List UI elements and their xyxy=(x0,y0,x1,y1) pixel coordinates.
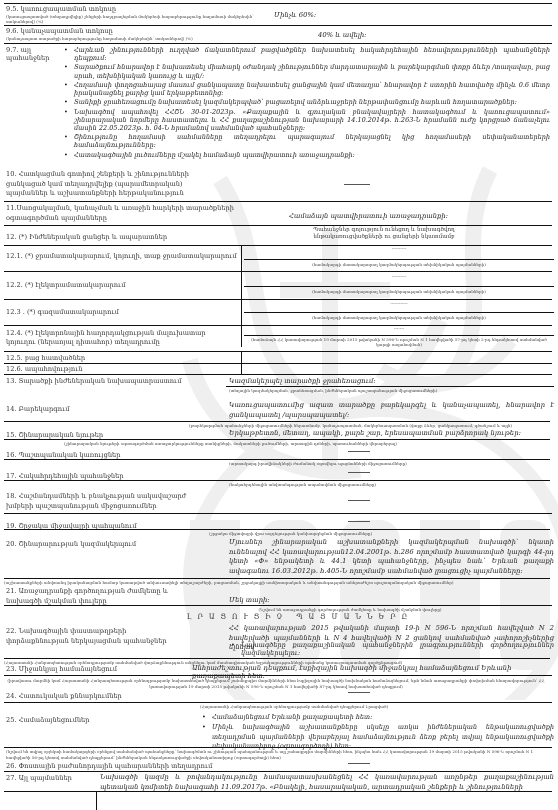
section-title-supplementary-conditions: ԼՐԱՑՈՒՑԻՉ ՊԱՅՄԱՆՆԵՐԸ xyxy=(100,613,500,622)
row-12-1-fill-line xyxy=(244,259,554,260)
bullet-item: Հողամասի փողոցահայաց մասում ցանկապատը նա… xyxy=(62,81,550,97)
row-26-label: 26. Փոստային բաժանորդային պահարանների տե… xyxy=(6,762,212,770)
row-11-value: Համաձայն պատվիրատուի առաջադրանքի: xyxy=(289,212,448,220)
row-14-note: (բարեկարգման պահանջների միջոցառումների ն… xyxy=(189,423,554,428)
row-27-value: Նախագծի կազմը և բովանդակությունը համապատ… xyxy=(100,773,554,792)
row-12-4-value: ------- xyxy=(244,327,554,332)
row-12-6: 12.6. ապահովություն xyxy=(4,364,552,375)
row-9-7-bullet-list: Հարևան շինությունների ուղղված ճակատներու… xyxy=(62,46,550,160)
row-12-3-note: (համակարգի մատակարարող կազմակերպության տ… xyxy=(244,315,554,320)
row-12-3-value: ------------ xyxy=(244,302,554,307)
row-12-1-value: ---------- xyxy=(244,247,554,252)
column-divider xyxy=(241,364,242,375)
row-27-label: 27. Այլ պայմաններ xyxy=(6,774,72,782)
row-9-6-sublabel: (կանաչապատ տարածքի հարաբերությունը հողամ… xyxy=(6,36,266,41)
row-12-3-label: 12.3 . (*) գազամատակարարում xyxy=(6,308,119,316)
row-12-3: 12.3 . (*) գազամատակարարում ------------… xyxy=(4,300,552,326)
row-20-note: (աշխատանքների անվտանգ իրականացման համար … xyxy=(4,580,550,585)
row-12-1: 12.1. (*) ջրամատակարարում, կոյուղի, տաք … xyxy=(4,246,552,272)
row-13: 13. Տարածքի ինժեներական նախապատրաստում Կ… xyxy=(4,375,552,399)
row-20-divider xyxy=(4,578,550,579)
row-23-note: (իրավասու մարմնի կամ Հայաստանի Հանրապետո… xyxy=(6,678,546,689)
row-22-bullet-list: Նախագծերը քաղաքաշինական պահանջներին լրագ… xyxy=(229,641,554,658)
row-15-note: (շինարարական նյութերի օգտագործման առաջար… xyxy=(64,441,544,446)
column-divider xyxy=(241,352,242,364)
row-12-6-label: 12.6. ապահովություն xyxy=(6,365,83,373)
row-17-note: (հակահրդեհային անվտանգության ապահովման մ… xyxy=(229,482,549,487)
row-12-3-fill-line xyxy=(244,312,554,313)
row-9-7: 9.7. այլ պահանջներ Հարևան շինությունների… xyxy=(4,44,552,168)
row-12-4-note: (համաձայն ՀՀ կառավարության 19 մարտի 2015… xyxy=(249,337,549,347)
column-divider xyxy=(96,792,97,810)
row-12-1-label: 12.1. (*) ջրամատակարարում, կոյուղի, տաք … xyxy=(6,252,237,260)
row-12-2-label: 12.2. (*) էլեկտրամատակարարում xyxy=(6,281,125,289)
row-24-label: 24. Հատուկական քննարկումներ xyxy=(6,692,122,700)
row-12-2-note: (համակարգի մատակարարող կազմակերպության տ… xyxy=(244,289,554,294)
row-9-5-value: Մինչև 60%: xyxy=(274,11,316,19)
row-14: 14. Բարեկարգում Կառուցապատումից ազատ տար… xyxy=(4,399,552,429)
row-22-label: 22. Նախագծային փաստաթղթերի փորձաքննությա… xyxy=(6,627,191,646)
row-17: 17. Հակահրդեհային պահանջներ (հակահրդեհայ… xyxy=(4,468,552,488)
bullet-item: Նախագծերը քաղաքաշինական պահանջներին լրագ… xyxy=(229,641,554,657)
row-21-label: 21. Առաջադրանքի գործողության ժամկետը և ն… xyxy=(6,587,176,606)
bullet-item: Տարածքում հնարավոր է նախատեսել միահարկ օ… xyxy=(62,63,550,79)
row-23-label: 23. Միջանկյալ համաձայնեցում xyxy=(6,665,117,673)
row-12-5: 12.5. բաց հատվածներ xyxy=(4,352,552,364)
bullet-item: Շինությունը հողամասի սահմանները տեղադրել… xyxy=(62,133,550,149)
row-9-5-sublabel: (կառուցապատված (տեղադրվելիք) շենքերի հող… xyxy=(6,14,256,24)
row-11: 11.Սառցակալման, կանաչման և առաջին հարկեր… xyxy=(4,202,552,226)
row-12-4-label: 12.4. (*) էլեկտրոնային հաղորդակցության մ… xyxy=(6,329,206,347)
row-21-note: (Նշվում են առաջադրանքի գործողության ժամկ… xyxy=(150,607,550,612)
row-14-label: 14. Բարեկարգում xyxy=(6,405,70,413)
row-20: 20. Շինարարության կազմակերպում Մյուսներ … xyxy=(4,536,552,586)
row-13-note: (տեղային կազմակերպման, ջրահեռացման, ինժե… xyxy=(229,388,554,393)
row-17-empty-dash xyxy=(348,472,370,473)
row-12-2: 12.2. (*) էլեկտրամատակարարում ----------… xyxy=(4,272,552,300)
row-13-label: 13. Տարածքի ինժեներական նախապատրաստում xyxy=(6,377,181,385)
row-15: 15. Շինարարական նյութեր Երկաթբետոն, մետա… xyxy=(4,429,552,448)
bullet-item: Նախագծով ապահովել ՀՀՇՆ 30-01-2023թ. «Քաղ… xyxy=(62,108,550,132)
row-9-5: 9.5. կառուցապատման տոկոսը (կառուցապատված… xyxy=(4,4,552,26)
row-9-7-label: 9.7. այլ պահանջներ xyxy=(6,46,54,62)
row-18-label: 18. Հաշմանդամների և բնակչության սակավաշա… xyxy=(6,492,206,511)
bullet-item: Մինչև նախագծային աշխատանքները սկսելը առկ… xyxy=(200,723,554,751)
row-20-value: Մյուսներ շինարարական աշխատանքների կազմակ… xyxy=(229,538,554,577)
row-13-fill-line xyxy=(226,386,554,387)
row-10-empty-dash xyxy=(344,184,370,185)
row-24-note: (Հայաստանի Հանրապետության օրենսդրությամբ… xyxy=(200,704,520,709)
row-25-bullet-list: Համաձայնեցում Երևանի քաղաքապետի հետ: Մին… xyxy=(200,713,554,752)
row-13-value: Կազմակերպել տարածքի ջրահեռացում: xyxy=(229,377,376,385)
row-12-4: 12.4. (*) էլեկտրոնային հաղորդակցության մ… xyxy=(4,326,552,352)
row-11-label: 11.Սառցակալման, կանաչման և առաջին հարկեր… xyxy=(6,204,236,223)
urban-planning-form-page: 9.5. կառուցապատման տոկոսը (կառուցապատված… xyxy=(0,0,558,810)
row-9-6-label: 9.6. կանաչապատման տոկոսը xyxy=(6,27,113,35)
row-15-label: 15. Շինարարական նյութեր xyxy=(6,431,103,439)
row-9-6: 9.6. կանաչապատման տոկոսը (կանաչապատ տարա… xyxy=(4,26,552,44)
row-10-label: 10. Հատկացման գոտիով շենքերի և շինությու… xyxy=(6,170,211,199)
row-23: 23. Միջանկյալ համաձայնեցում Անհրաժեշտութ… xyxy=(4,664,552,676)
row-26: 26. Փոստային բաժանորդային պահարանների տե… xyxy=(4,760,552,772)
row-17-divider xyxy=(4,480,550,481)
row-16: 16. Պաշտպանական կառույցներ (արտակարգ իրա… xyxy=(4,448,552,468)
row-12: 12. (*) Ինժեներական ցանցեր և ապարատներ Պ… xyxy=(4,226,552,246)
bullet-item: Տանիքի ջրահեռացումը նախատեսել կազմակերպվ… xyxy=(62,98,550,106)
row-25-note: (նշվում են տվյալ օբյեկտի համակարգերի օրե… xyxy=(6,749,546,760)
row-24: 24. Հատուկական քննարկումներ xyxy=(4,690,552,703)
row-18: 18. Հաշմանդամների և բնակչության սակավաշա… xyxy=(4,488,552,514)
row-16-empty-dash xyxy=(348,451,370,452)
row-14-divider xyxy=(4,421,550,422)
bullet-item: Համաձայնեցում Երևանի քաղաքապետի հետ: xyxy=(200,713,554,722)
bullet-item: Հարևան շինությունների ուղղված ճակատներու… xyxy=(62,46,550,62)
row-12-label: 12. (*) Ինժեներական ցանցեր և ապարատներ xyxy=(6,233,167,241)
row-12-1-note: (համակարգի մատակարարող կազմակերպության տ… xyxy=(244,262,554,267)
row-16-label: 16. Պաշտպանական կառույցներ xyxy=(6,451,120,459)
row-10: 10. Հատկացման գոտիով շենքերի և շինությու… xyxy=(4,168,552,202)
row-26-empty-dash xyxy=(348,763,370,764)
row-9-5-label: 9.5. կառուցապատման տոկոսը xyxy=(6,5,116,13)
row-25: 25. Համաձայնեցումներ Համաձայնեցում Երևան… xyxy=(4,710,552,748)
row-21-value: Մեկ տարի: xyxy=(229,596,270,604)
row-19: 19. Շրջակա միջավայրի պահպանում (շրջակա մ… xyxy=(4,514,552,534)
row-24-empty-dash xyxy=(348,692,370,693)
row-15-value: Երկաթբետոն, մետաղ, ապակի, քարե շար, երես… xyxy=(229,429,521,437)
row-14-value: Կառուցապատումից ազատ տարածքը բարեկարգել … xyxy=(229,401,554,420)
row-20-label: 20. Շինարարության կազմակերպում xyxy=(6,540,136,548)
row-25-label: 25. Համաձայնեցումներ xyxy=(6,716,89,724)
row-17-label: 17. Հակահրդեհային պահանջներ xyxy=(6,472,123,480)
row-12-4-fill-line xyxy=(244,335,554,336)
row-12-2-fill-line xyxy=(244,286,554,287)
row-22-divider xyxy=(4,658,550,659)
bullet-item: Հատակագծային լուծումները մշակել համաձայն… xyxy=(62,151,550,159)
row-19-divider xyxy=(4,529,550,530)
row-9-6-value: 40% և ավելի: xyxy=(318,31,366,39)
row-12-value: Պահանջներ գոյություն ունեցող և նախագծվող… xyxy=(304,227,464,241)
row-16-note: (արտակարգ իրավիճակների ժամանակ օգտվելու … xyxy=(229,461,549,466)
row-27: 27. Այլ պայմաններ Նախագծի կազմը և բովանդ… xyxy=(4,772,552,792)
row-12-2-value: ---------- xyxy=(244,275,554,280)
row-15-divider xyxy=(4,439,550,440)
row-21: 21. Առաջադրանքի գործողության ժամկետը և ն… xyxy=(4,586,552,606)
row-12-5-label: 12.5. բաց հատվածներ xyxy=(6,354,85,362)
row-18-empty-dash xyxy=(348,500,370,501)
row-16-divider xyxy=(4,459,550,460)
row-19-empty-dash xyxy=(348,521,370,522)
